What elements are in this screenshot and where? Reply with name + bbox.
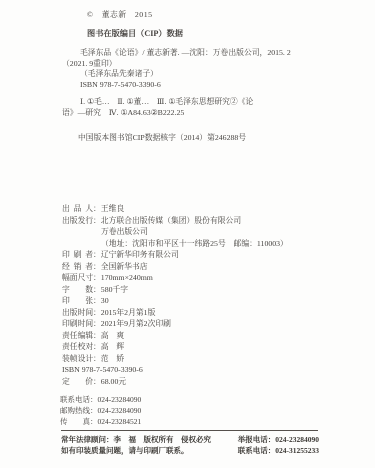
cip-series-note: （毛泽东品先秦诸子）: [62, 69, 342, 80]
field-value: 2021年9月第2次印刷: [101, 319, 171, 328]
legal-footer: 常年法律顾问：李 福 版权所有 侵权必究 举报电话：024-23284090 如…: [61, 434, 319, 456]
colon: ：: [93, 342, 101, 351]
publisher-address: （地址：沈阳市和平区十一纬路25号 邮编：110003）: [62, 238, 288, 250]
colon: ：: [90, 417, 98, 426]
footer-divider: [61, 430, 318, 431]
cip-heading: 图书在版编目（CIP）数据: [87, 28, 183, 39]
field-label: 装帧设计: [62, 353, 93, 365]
report-phone: 举报电话：024-23284090: [238, 434, 319, 445]
designer-row: 装帧设计：范 娇: [62, 353, 288, 365]
colon: ：: [93, 262, 101, 271]
field-label: 邮购热线: [60, 406, 90, 417]
sheets-row: 印张：30: [62, 295, 288, 307]
field-value: 170mm×240mm: [101, 273, 153, 282]
field-label: 幅面尺寸: [62, 272, 93, 284]
field-label: 印张: [62, 295, 93, 307]
colon: ：: [93, 319, 101, 328]
format-row: 幅面尺寸：170mm×240mm: [62, 272, 288, 284]
colon: ：: [93, 377, 101, 386]
publisher-row: 出版发行：北方联合出版传媒（集团）股份有限公司: [62, 215, 288, 227]
producer-row: 出品人：王维良: [62, 203, 288, 215]
field-value: 68.00元: [101, 377, 126, 386]
field-label: 印刷者: [62, 249, 93, 261]
price-row: 定价：68.00元: [62, 376, 288, 388]
cip-classification: Ⅰ. ①毛… Ⅱ. ①董… Ⅲ. ①毛泽东思想研究②《论 语》—研究 Ⅳ. ①A…: [62, 97, 332, 119]
field-value: 高 辉: [101, 342, 124, 351]
field-value: 30: [101, 296, 109, 305]
legal-counsel-text: 常年法律顾问：李 福 版权所有 侵权必究: [61, 434, 211, 445]
field-value: 024-23284521: [98, 417, 142, 426]
printer-row: 印刷者：辽宁新华印务有限公司: [62, 249, 288, 261]
field-value: 全国新华书店: [101, 262, 148, 271]
publish-date-row: 出版时间：2015年2月第1版: [62, 307, 288, 319]
field-label: 印刷时间: [62, 318, 93, 330]
field-label: 出版发行: [62, 215, 93, 227]
field-label: 定价: [62, 376, 93, 388]
fax-row: 传真：024-23284521: [60, 417, 141, 428]
colon: ：: [93, 250, 101, 259]
cip-entry-line-2: （2021. 9重印）: [62, 59, 342, 70]
word-count-row: 字数：580千字: [62, 284, 288, 296]
editor-row: 责任编辑：高 爽: [62, 330, 288, 342]
colon: ：: [90, 395, 98, 404]
colon: ：: [93, 331, 101, 340]
cip-class-line-1: Ⅰ. ①毛… Ⅱ. ①董… Ⅲ. ①毛泽东思想研究②《论: [62, 97, 332, 108]
mail-order-row: 邮购热线：024-23284090: [60, 406, 141, 417]
field-label: 责任编辑: [62, 330, 93, 342]
field-value: 北方联合出版传媒（集团）股份有限公司: [101, 216, 241, 225]
printer-contact-phone: 联系电话：024-31255233: [238, 445, 319, 456]
colon: ：: [93, 285, 101, 294]
field-value: 辽宁新华印务有限公司: [101, 250, 179, 259]
cip-isbn: ISBN 978-7-5470-3390-6: [62, 80, 342, 91]
cip-entry-line-1: 毛泽东品《论语》/ 董志新著. —沈阳：万卷出版公司，2015. 2: [62, 48, 342, 59]
print-quality-text: 如有印装质量问题，请与印刷厂联系。: [61, 445, 189, 456]
field-value: 高 爽: [101, 331, 124, 340]
colon: ：: [93, 204, 101, 213]
field-value: 王维良: [101, 204, 124, 213]
colon: ：: [93, 216, 101, 225]
cip-entry: 毛泽东品《论语》/ 董志新著. —沈阳：万卷出版公司，2015. 2 （2021…: [62, 48, 342, 91]
legal-footer-line-2: 如有印装质量问题，请与印刷厂联系。 联系电话：024-31255233: [61, 445, 319, 456]
field-value: 024-23284090: [98, 395, 142, 404]
field-value: 580千字: [101, 285, 128, 294]
field-value: 2015年2月第1版: [101, 308, 156, 317]
field-value: 范 娇: [101, 354, 124, 363]
field-label: 字数: [62, 284, 93, 296]
publication-info: 出品人：王维良 出版发行：北方联合出版传媒（集团）股份有限公司 万卷出版公司 （…: [62, 203, 288, 387]
colon: ：: [90, 406, 98, 415]
proofreader-row: 责任校对：高 辉: [62, 341, 288, 353]
book-copyright-page: © 董志新 2015 图书在版编目（CIP）数据 毛泽东品《论语》/ 董志新著.…: [0, 0, 375, 468]
isbn-row: ISBN 978-7-5470-3390-6: [62, 364, 288, 376]
distributor-row: 经销者：全国新华书店: [62, 261, 288, 273]
contact-info: 联系电话：024-23284090 邮购热线：024-23284090 传真：0…: [60, 395, 141, 427]
field-label: 出版时间: [62, 307, 93, 319]
phone-row: 联系电话：024-23284090: [60, 395, 141, 406]
colon: ：: [93, 308, 101, 317]
field-label: 出品人: [62, 203, 93, 215]
field-label: 联系电话: [60, 395, 90, 406]
colon: ：: [93, 273, 101, 282]
copyright-notice: © 董志新 2015: [87, 9, 153, 20]
field-value: 024-23284090: [98, 406, 142, 415]
cip-class-line-2: 语》—研究 Ⅳ. ①A84.63②B222.25: [62, 108, 332, 119]
legal-footer-line-1: 常年法律顾问：李 福 版权所有 侵权必究 举报电话：024-23284090: [61, 434, 319, 445]
field-label: 责任校对: [62, 341, 93, 353]
colon: ：: [93, 354, 101, 363]
publisher-row-2: 万卷出版公司: [62, 226, 288, 238]
field-label: 经销者: [62, 261, 93, 273]
colon: ：: [93, 296, 101, 305]
print-date-row: 印刷时间：2021年9月第2次印刷: [62, 318, 288, 330]
field-label: 传真: [60, 417, 90, 428]
cip-registry-number: 中国版本图书馆CIP数据核字（2014）第246288号: [78, 132, 246, 143]
